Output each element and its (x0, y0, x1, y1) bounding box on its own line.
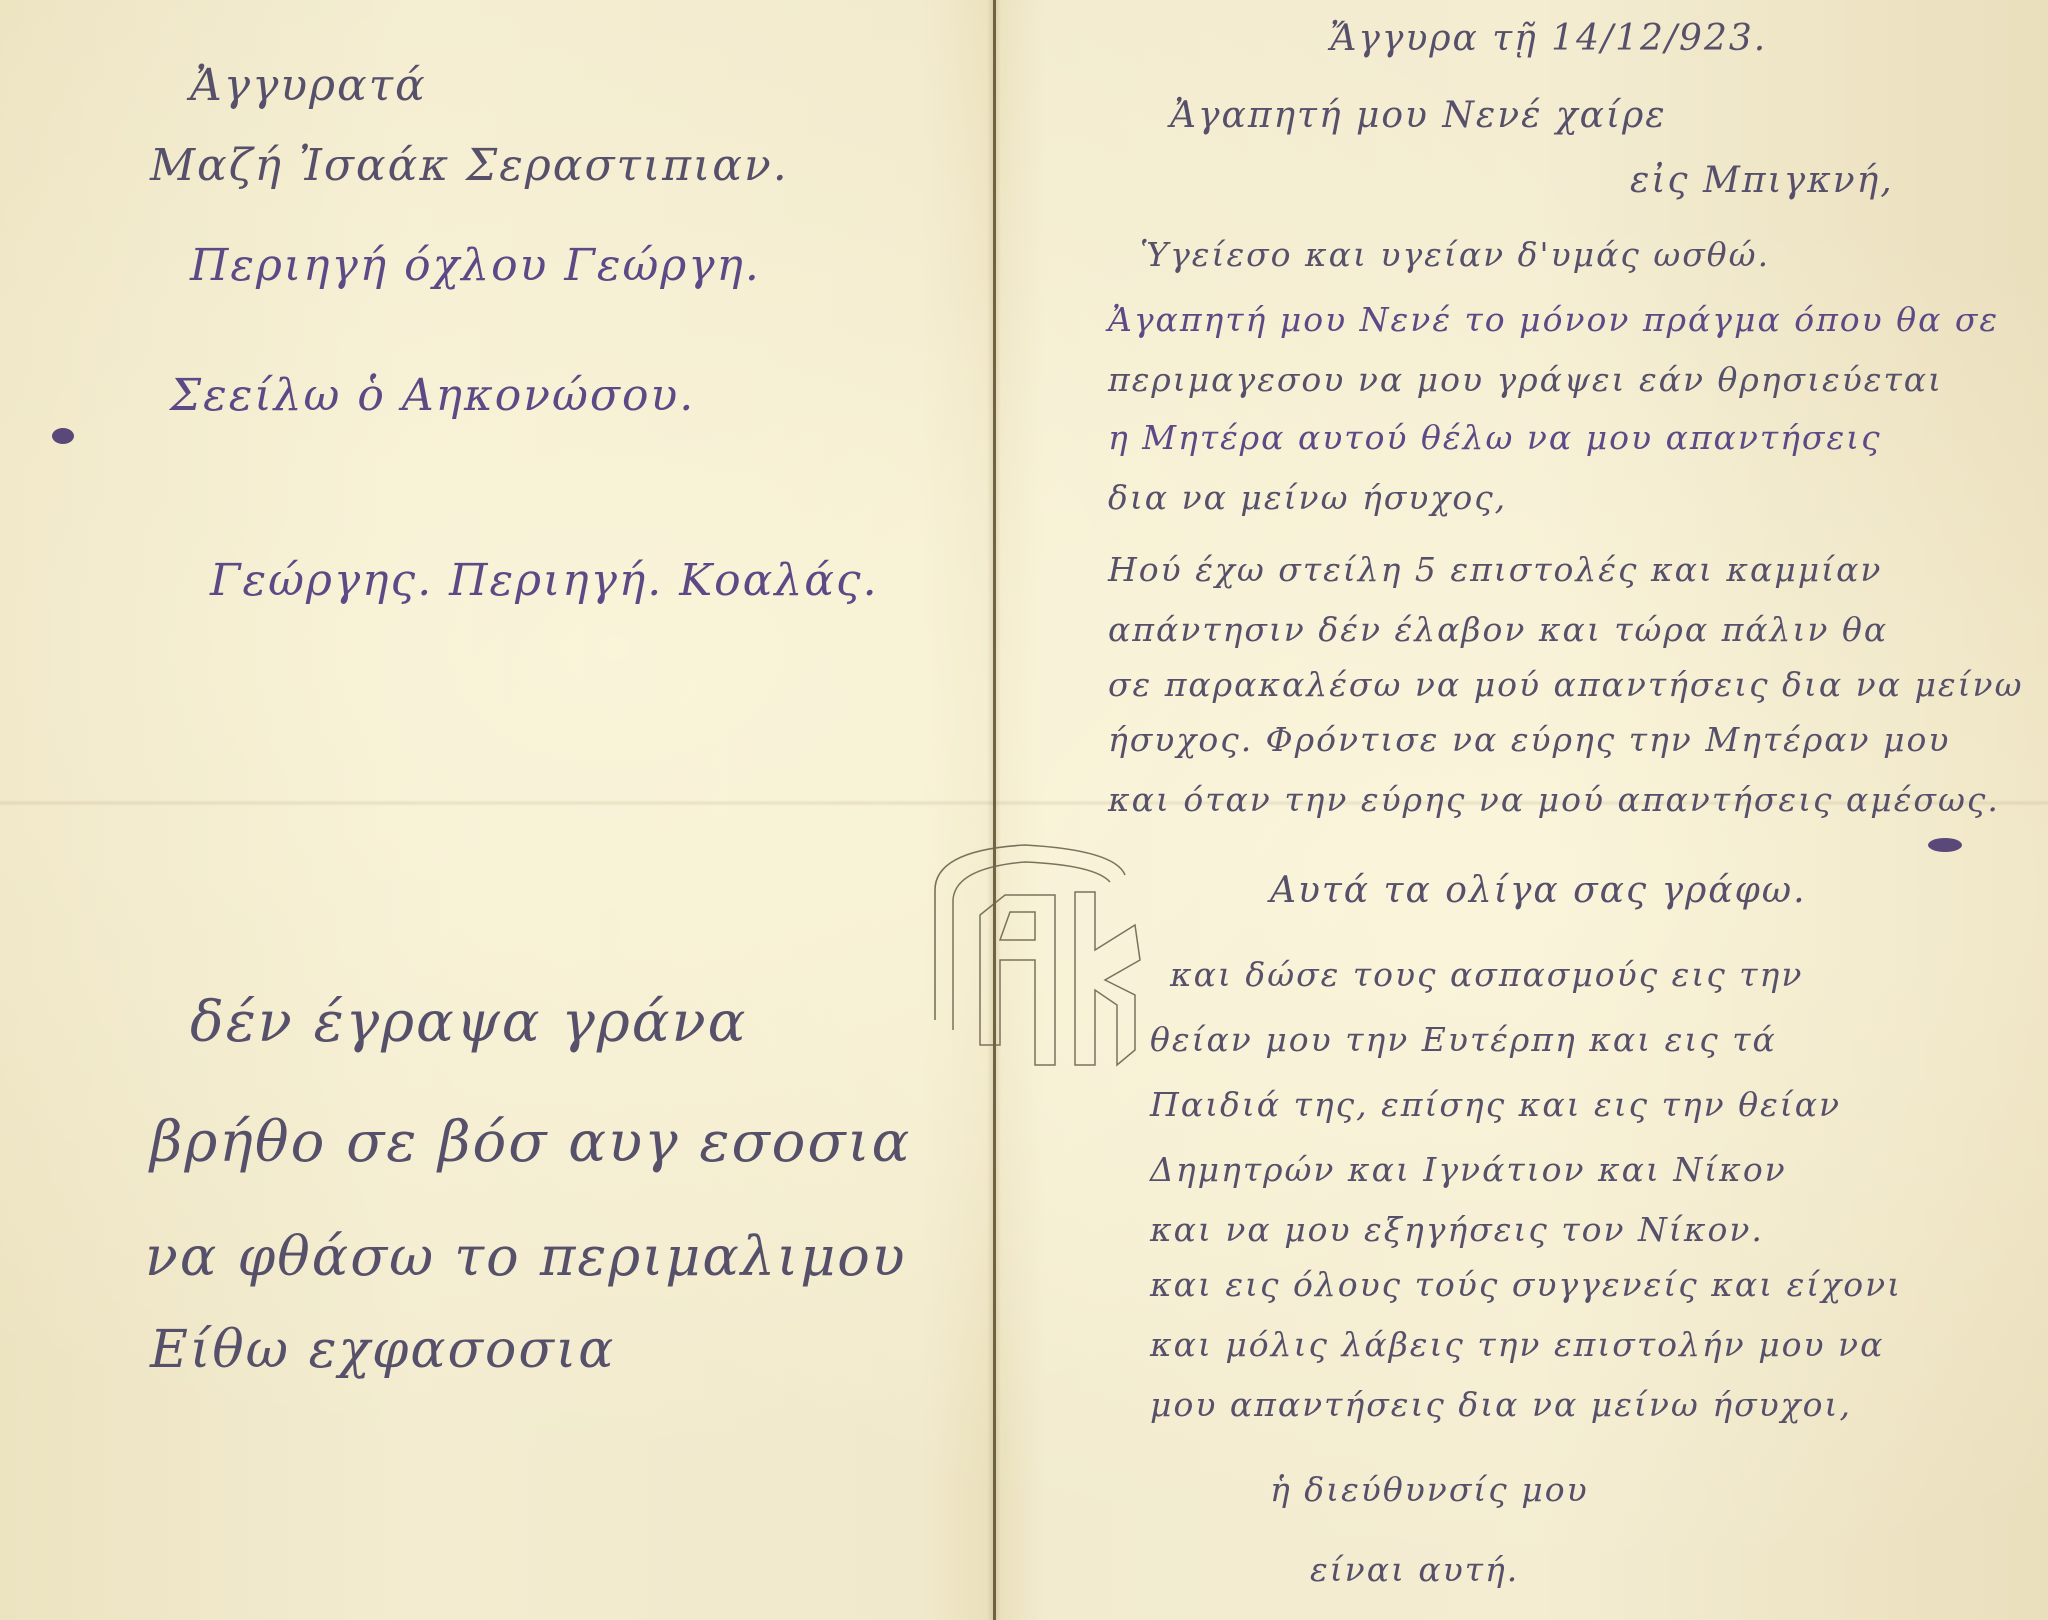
address-line-1: Ἀγγυρατά (190, 60, 427, 111)
ink-stain (52, 428, 74, 444)
note-line-3: να φθάσω το περιμαλιμου (145, 1225, 907, 1288)
salutation: Ἀγαπητή μου Νενέ χαίρε (1170, 95, 1667, 136)
address-line-4: Σεείλω ὁ Αηκονώσου. (170, 370, 695, 421)
closing-line-2: είναι αυτή. (1310, 1550, 1519, 1589)
body-line: Ηού έχω στείλη 5 επιστολές και καμμίαν (1108, 550, 1882, 589)
body-line: Ἀγαπητή μου Νενέ το μόνον πράγμα όπου θα… (1108, 300, 1999, 339)
note-line-4: Είθω εχφασοσια (150, 1320, 615, 1380)
body-line: θείαν μου την Ευτέρπη και εις τά (1150, 1020, 1777, 1059)
center-fold-line (993, 0, 996, 1620)
body-line: η Μητέρα αυτού θέλω να μου απαντήσεις (1108, 418, 1882, 457)
address-line-2: Μαζή Ἰσαάκ Σεραστιπιαν. (150, 140, 789, 191)
body-line: μου απαντήσεις δια να μείνω ήσυχοι, (1150, 1385, 1852, 1424)
body-line: περιμαγεσου να μου γράψει εάν θρησιεύετα… (1108, 360, 1943, 399)
note-line-1: δέν έγραψα γράνα (190, 990, 747, 1055)
closing-line: ἡ διεύθυνσίς μου (1270, 1470, 1589, 1509)
body-line: και όταν την εύρης να μού απαντήσεις αμέ… (1108, 780, 2000, 819)
address-line-5: Γεώργης. Περιηγή. Κοαλάς. (210, 555, 879, 606)
body-line: και μόλις λάβεις την επιστολήν μου να (1150, 1325, 1884, 1364)
body-line: σε παρακαλέσω να μού απαντήσεις δια να μ… (1108, 665, 2024, 704)
body-line: Δημητρών και Ιγνάτιον και Νίκον (1150, 1150, 1787, 1189)
body-line: Αυτά τα ολίγα σας γράφω. (1270, 870, 1807, 911)
body-line: και να μου εξηγήσεις τον Νίκον. (1150, 1210, 1764, 1249)
ink-stain (1928, 838, 1962, 852)
address-line-3: Περιηγή όχλου Γεώργη. (190, 240, 761, 291)
salutation-place: εἰς Μπιγκνή, (1630, 160, 1894, 201)
date-header: Ἄγγυρα τῇ 14/12/923. (1330, 18, 1767, 59)
body-line: ήσυχος. Φρόντισε να εύρης την Μητέραν μο… (1108, 720, 1950, 759)
body-line: Ὑγείεσο και υγείαν δ'υμάς ωσθώ. (1140, 235, 1770, 274)
body-line: Παιδιά της, επίσης και εις την θείαν (1150, 1085, 1841, 1124)
body-line: απάντησιν δέν έλαβον και τώρα πάλιν θα (1108, 610, 1888, 649)
body-line: και εις όλους τούς συγγενείς και είχονι (1150, 1265, 1902, 1304)
letter-scan: Ἀγγυρατά Μαζή Ἰσαάκ Σεραστιπιαν. Περιηγή… (0, 0, 2048, 1620)
left-page: Ἀγγυρατά Μαζή Ἰσαάκ Σεραστιπιαν. Περιηγή… (0, 0, 990, 1620)
right-page: Ἄγγυρα τῇ 14/12/923. Ἀγαπητή μου Νενέ χα… (1000, 0, 2048, 1620)
body-line: δια να μείνω ήσυχος, (1108, 478, 1507, 517)
body-line: και δώσε τους ασπασμούς εις την (1170, 955, 1803, 994)
note-line-2: βρήθο σε βόσ αυγ εσοσια (150, 1110, 911, 1175)
